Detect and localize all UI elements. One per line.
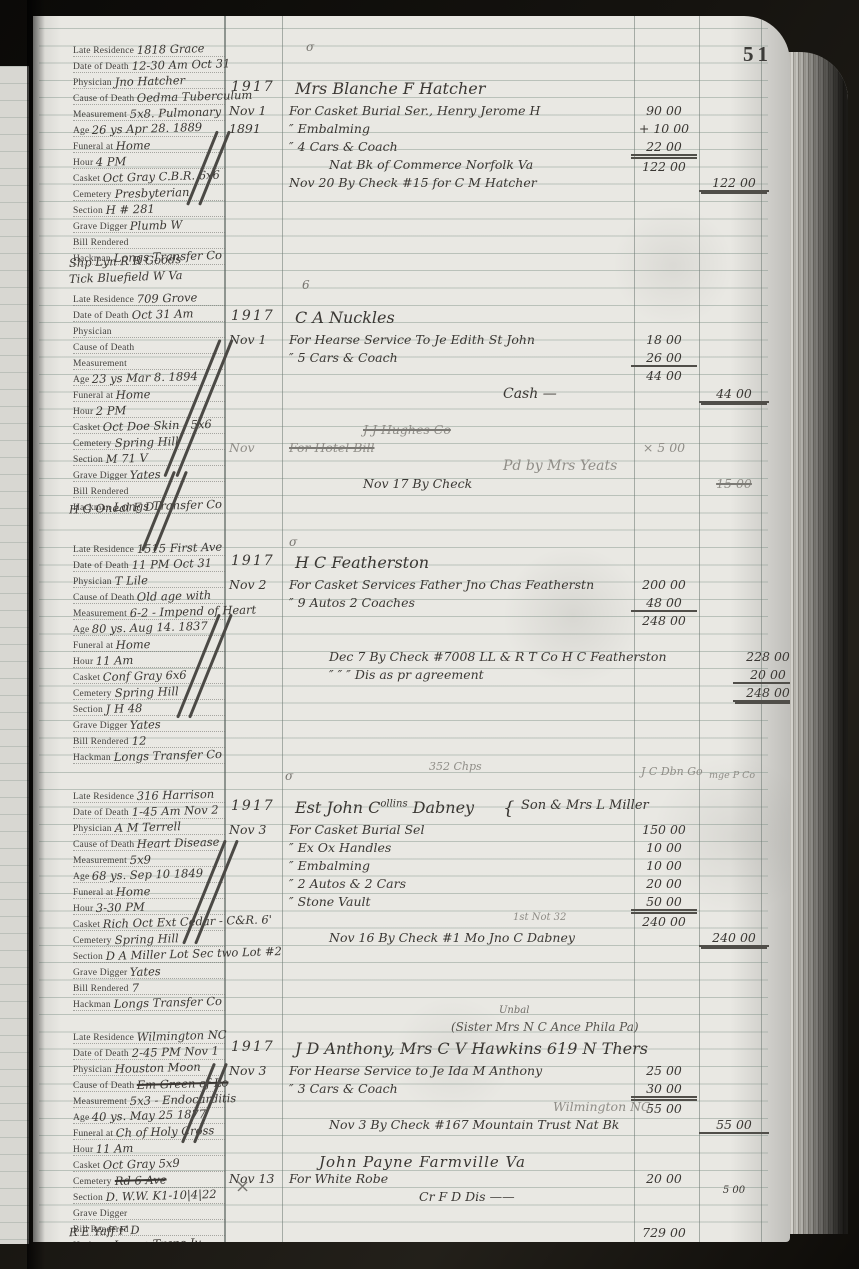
account-line: ″ 3 Cars & Coach30 00	[33, 1081, 790, 1099]
account-line: Cr F D Dis ——5 00	[33, 1189, 790, 1207]
amount-col1: 729 00	[631, 1225, 697, 1240]
entry-description: ″ 3 Cars & Coach	[289, 1081, 398, 1096]
entry-description: Cr F D Dis ——	[419, 1189, 515, 1204]
ledger-entry: Late ResidenceWilmington NCDate of Death…	[33, 16, 790, 1242]
account-line: Nov 13For White Robe20 00	[33, 1171, 790, 1189]
pencil-note: Unbal	[499, 1005, 529, 1016]
previous-page-edge	[0, 66, 29, 1244]
account-line: Wilmington NC55 00	[33, 1099, 790, 1117]
pencil-mark: ×	[235, 1176, 250, 1197]
account-header: 1917J D Anthony, Mrs C V Hawkins 619 N T…	[33, 1039, 790, 1059]
page-edge-stack	[786, 52, 848, 1234]
entry-date: Nov 3	[229, 1063, 289, 1078]
check-slash-mark	[197, 1060, 233, 1146]
amount-col1: 30 00	[631, 1081, 697, 1098]
account-line: 729 00	[33, 1225, 790, 1242]
account-line	[33, 1135, 790, 1153]
pencil-note: (Sister Mrs N C Ance Phila Pa)	[451, 1020, 639, 1034]
entry-description: John Payne Farmville Va	[319, 1153, 526, 1171]
entry-description: Nov 3 By Check #167 Mountain Trust Nat B…	[329, 1117, 619, 1132]
amount-col1: 25 00	[631, 1063, 697, 1078]
entry-year: 1917	[231, 1039, 275, 1055]
entry-description: For White Robe	[289, 1171, 388, 1186]
account-line: Nov 3 By Check #167 Mountain Trust Nat B…	[33, 1117, 790, 1135]
amount-col1: 20 00	[631, 1171, 697, 1186]
account-line: John Payne Farmville Va	[33, 1153, 790, 1171]
account-line	[33, 1207, 790, 1225]
entry-description: For Hearse Service to Je Ida M Anthony	[289, 1063, 542, 1078]
amount-col2: 5 00	[699, 1185, 769, 1196]
ledger-page: 51 Late Residence1818 GraceDate of Death…	[33, 16, 790, 1242]
amount-col1: 55 00	[631, 1099, 697, 1116]
account-line: Nov 3For Hearse Service to Je Ida M Anth…	[33, 1063, 790, 1081]
ledger-book-photo: 51 Late Residence1818 GraceDate of Death…	[0, 0, 859, 1269]
amount-col2: 55 00	[699, 1117, 769, 1134]
client-name: J D Anthony, Mrs C V Hawkins 619 N Thers	[295, 1039, 648, 1058]
